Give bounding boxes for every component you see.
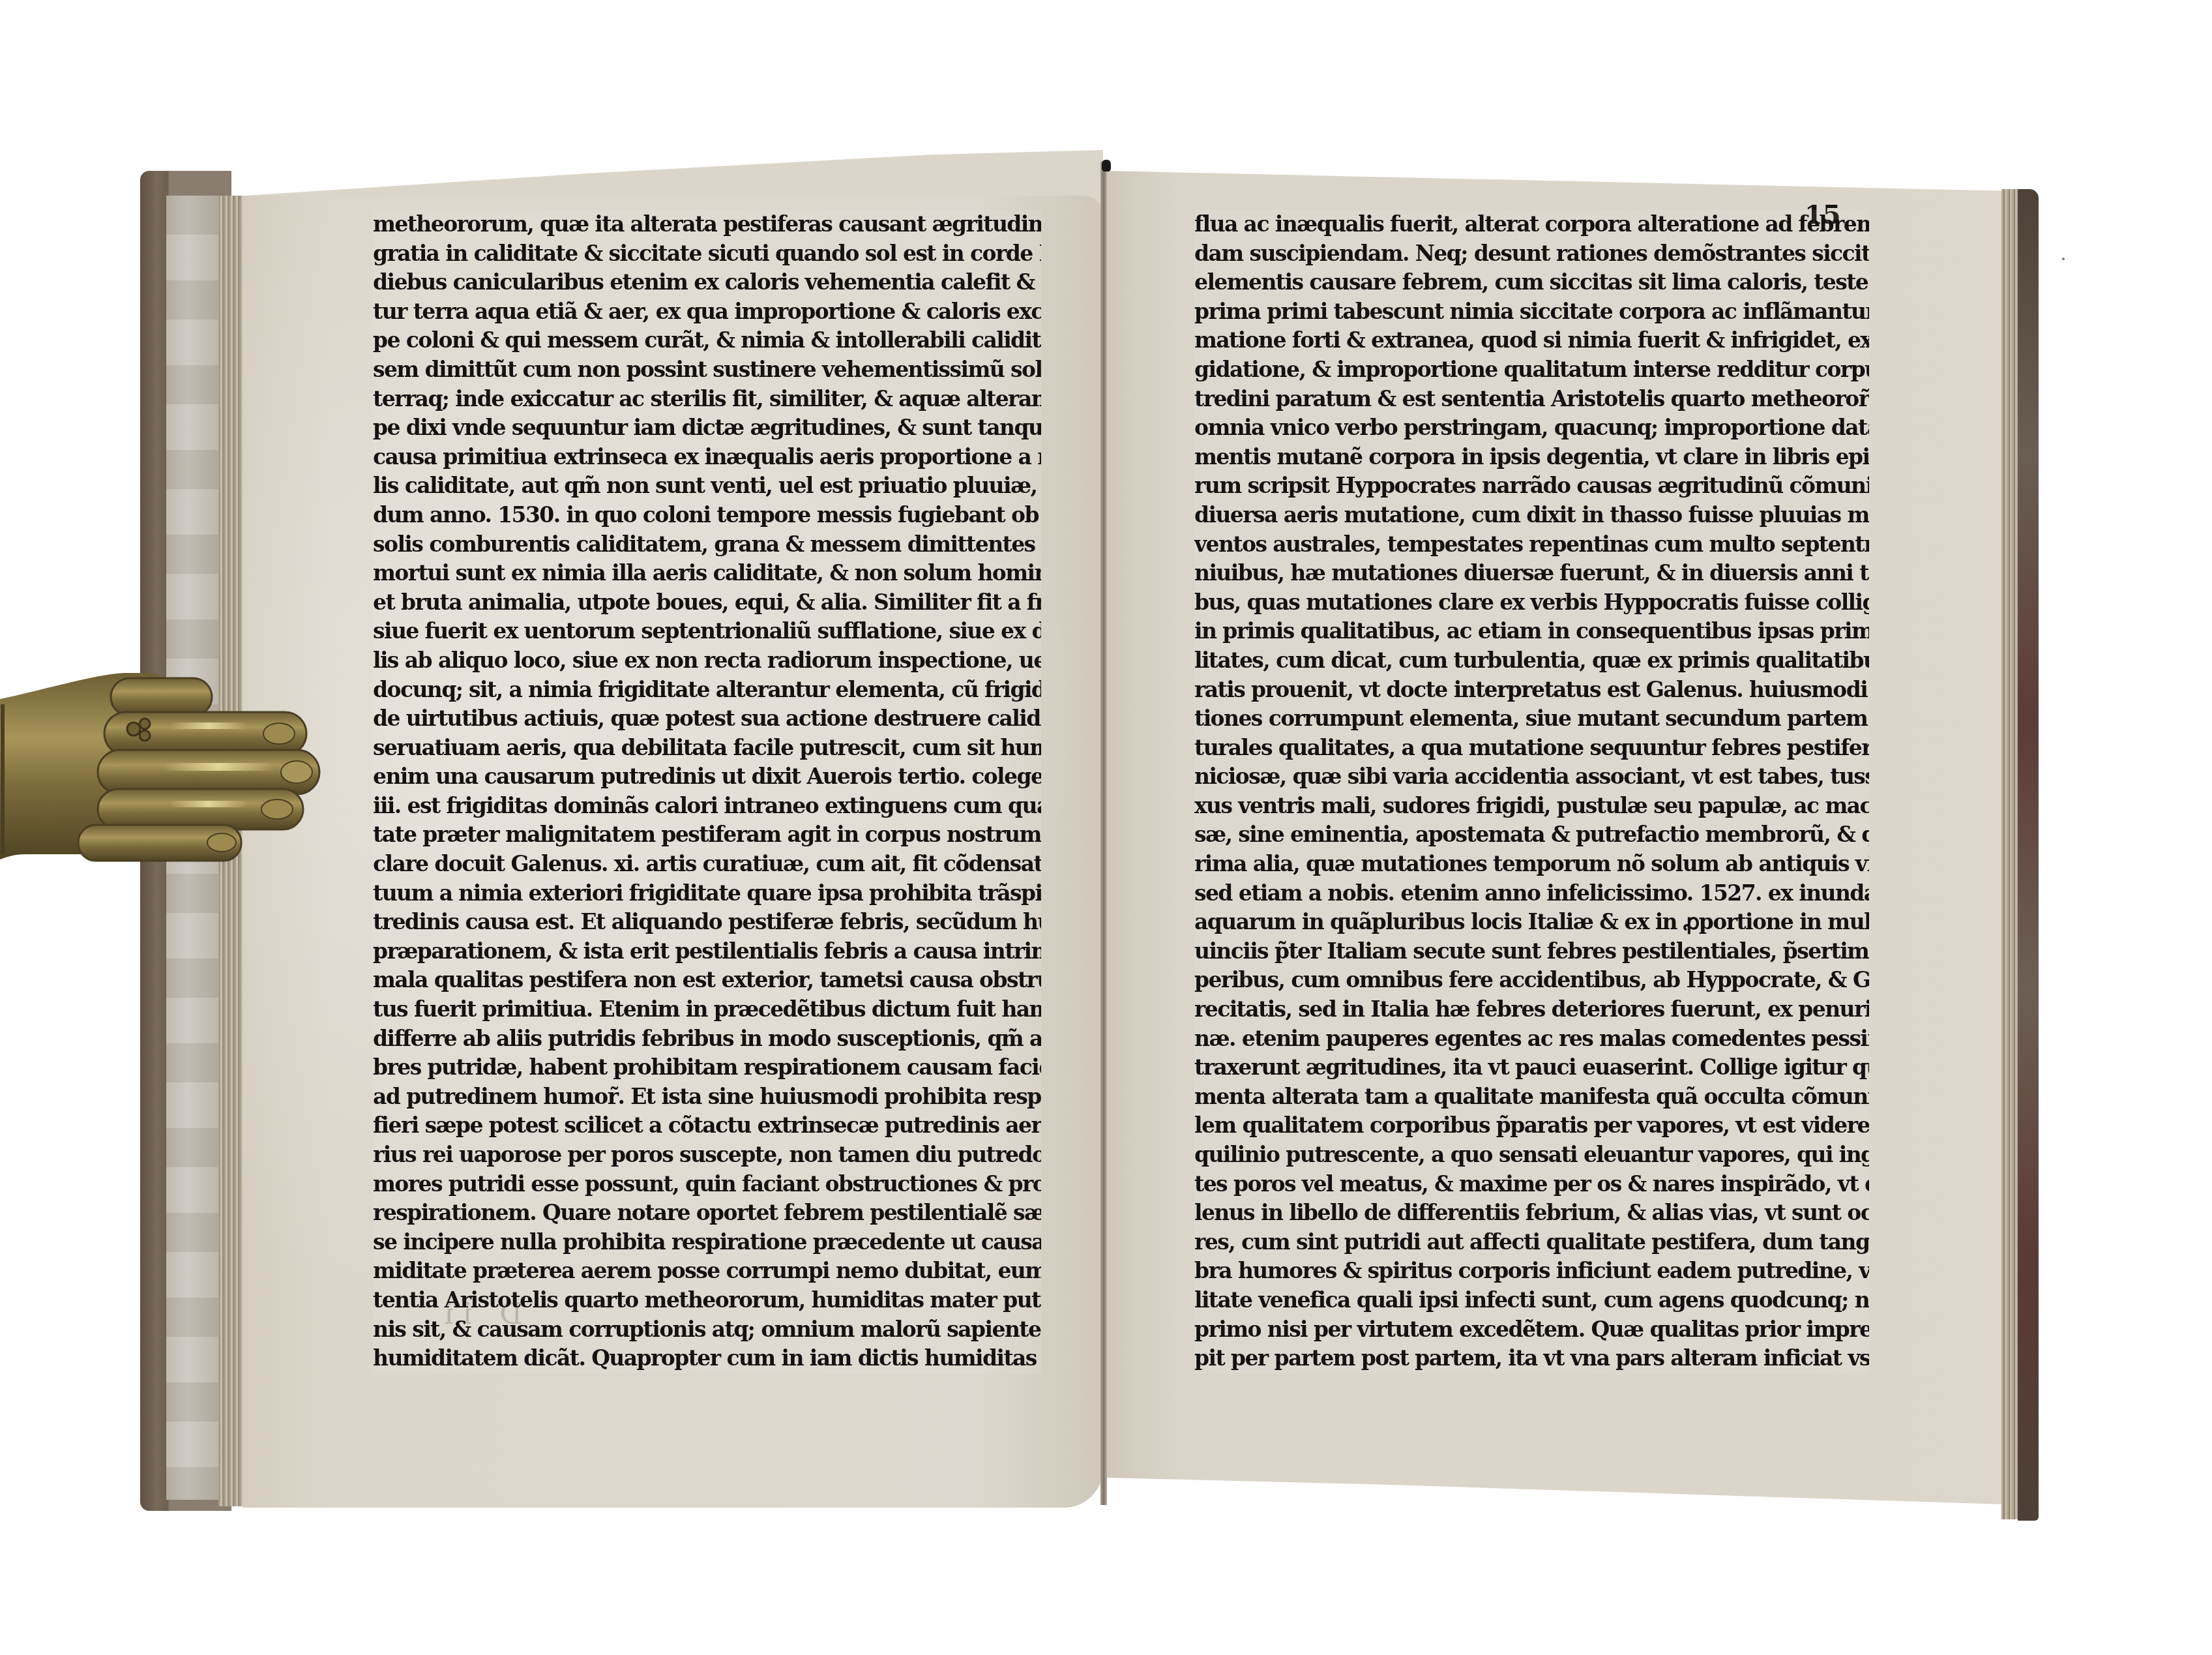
text-line: mala qualitas pestifera non est exterior… [373,966,1041,995]
text-line: fieri sæpe potest scilicet a cõtactu ext… [373,1111,1041,1141]
dust-speck [2062,258,2065,260]
brass-hand-page-weight-icon [0,659,359,867]
text-line: differre ab aliis putridis febribus in m… [373,1024,1041,1054]
text-line: næ. etenim pauperes egentes ac res malas… [1194,1024,1869,1054]
text-line: respirationem. Quare notare oportet febr… [373,1199,1041,1228]
text-line: pe coloni & qui messem curãt, & nimia & … [373,326,1041,355]
text-line: litate venefica quali ipsi infecti sunt,… [1194,1286,1869,1315]
text-line: rum scripsit Hyppocrates narrãdo causas … [1194,471,1869,501]
text-line: dam suscipiendam. Neq; desunt rationes d… [1194,239,1869,269]
text-line: et bruta animalia, utpote boues, equi, &… [373,588,1041,618]
text-line: lis caliditate, aut qm̃ non sunt venti, … [373,471,1041,501]
text-line: tredini paratum & est sententia Aristote… [1194,385,1869,414]
text-line: quilinio putrescente, a quo sensati eleu… [1194,1141,1869,1170]
text-line: turales qualitates, a qua mutatione sequ… [1194,734,1869,763]
text-line: pit per partem post partem, ita vt vna p… [1194,1344,1869,1373]
text-line: bres putridæ, habent prohibitam respirat… [373,1053,1041,1082]
text-line: rius rei uaporose per poros suscepte, no… [373,1141,1041,1170]
text-line: matione forti & extranea, quod si nimia … [1194,326,1869,355]
text-line: prima primi tabescunt nimia siccitate co… [1194,297,1869,327]
text-line: lenus in libello de differentiis febrium… [1194,1199,1869,1228]
text-line: lem qualitatem corporibus p̃paratis per … [1194,1111,1869,1141]
text-line: elementis causare febrem, cum siccitas s… [1194,268,1869,297]
text-line: menta alterata tam a qualitate manifesta… [1194,1082,1869,1112]
text-line: diuersa aeris mutatione, cum dixit in th… [1194,501,1869,530]
text-line: res, cum sint putridi aut affecti qualit… [1194,1228,1869,1257]
text-line: in primis qualitatibus, ac etiam in cons… [1194,617,1869,646]
text-line: tes poros vel meatus, & maxime per os & … [1194,1170,1869,1199]
left-page-text: metheororum, quæ ita alterata pestiferas… [373,210,1041,1373]
text-line: bra humores & spiritus corporis inficiun… [1194,1257,1869,1286]
text-line: solis comburentis caliditatem, grana & m… [373,530,1041,559]
text-line: docunq; sit, a nimia frigiditate alteran… [373,676,1041,705]
text-line: seruatiuam aeris, qua debilitata facile … [373,734,1041,763]
text-line: gratia in caliditate & siccitate sicuti … [373,239,1041,269]
text-line: rima alia, quæ mutationes temporum nõ so… [1194,850,1869,879]
text-line: xus ventris mali, sudores frigidi, pustu… [1194,792,1869,821]
text-line: præparationem, & ista erit pestilentiali… [373,937,1041,966]
text-line: litates, cum dicat, cum turbulentia, quæ… [1194,646,1869,676]
text-line: siue fuerit ex uentorum septentrionaliũ … [373,617,1041,646]
text-line: recitatis, sed in Italia hæ febres deter… [1194,995,1869,1024]
text-line: causa primitiua extrinseca ex inæqualis … [373,443,1041,472]
text-line: diebus canicularibus etenim ex caloris v… [373,268,1041,297]
text-line: tredinis causa est. Et aliquando pestife… [373,908,1041,937]
text-line: traxerunt ægritudines, ita vt pauci euas… [1194,1053,1869,1082]
text-line: bus, quas mutationes clare ex verbis Hyp… [1194,588,1869,618]
headband [1102,160,1111,171]
text-line: tus fuerit primitiua. Etenim in præcedẽt… [373,995,1041,1024]
text-line: primo nisi per virtutem excedẽtem. Quæ q… [1194,1315,1869,1345]
text-line: tentia Aristotelis quarto metheororum, h… [373,1286,1041,1315]
text-line: ad putredinem humor̃. Et ista sine huius… [373,1082,1041,1112]
book-cover-right [2018,189,2039,1521]
text-line: enim una causarum putredinis ut dixit Au… [373,762,1041,792]
text-line: sed etiam a nobis. etenim anno infelicis… [1194,879,1869,908]
text-line: peribus, cum omnibus fere accidentibus, … [1194,966,1869,995]
text-line: clare docuit Galenus. xi. artis curatiuæ… [373,850,1041,879]
text-line: terraq; inde exiccatur ac sterilis fit, … [373,385,1041,414]
right-page-text: flua ac inæqualis fuerit, alterat corpor… [1194,210,1869,1373]
text-line: metheororum, quæ ita alterata pestiferas… [373,210,1041,239]
text-line: mortui sunt ex nimia illa aeris calidita… [373,559,1041,588]
text-line: dum anno. 1530. in quo coloni tempore me… [373,501,1041,530]
text-line: nis sit, & causam corruptionis atq; omni… [373,1315,1041,1345]
text-line: miditate præterea aerem posse corrumpi n… [373,1257,1041,1286]
text-line: tiones corrumpunt elementa, siue mutant … [1194,704,1869,734]
text-line: se incipere nulla prohibita respiratione… [373,1228,1041,1257]
text-line: iii. est frigiditas dominãs calori intra… [373,792,1041,821]
text-line: flua ac inæqualis fuerit, alterat corpor… [1194,210,1869,239]
text-line: tuum a nimia exteriori frigiditate quare… [373,879,1041,908]
text-line: ratis prouenit, vt docte interpretatus e… [1194,676,1869,705]
text-line: aquarum in quãpluribus locis Italiæ & ex… [1194,908,1869,937]
text-line: de uirtutibus actiuis, quæ potest sua ac… [373,704,1041,734]
text-line: pe dixi vnde sequuntur iam dictæ ægritud… [373,413,1041,443]
text-line: sæ, sine eminentia, apostemata & putrefa… [1194,820,1869,850]
text-line: mores putridi esse possunt, quin faciant… [373,1170,1041,1199]
book-gutter [1100,162,1107,1505]
text-line: gidatione, & improportione qualitatum in… [1194,355,1869,385]
text-line: niciosæ, quæ sibi varia accidentia assoc… [1194,762,1869,792]
text-line: lis ab aliquo loco, siue ex non recta ra… [373,646,1041,676]
text-line: ventos australes, tempestates repentinas… [1194,530,1869,559]
text-line: uinciis p̃ter Italiam secute sunt febres… [1194,937,1869,966]
text-line: tur terra aqua etiã & aer, ex qua improp… [373,297,1041,327]
text-line: niuibus, hæ mutationes diuersæ fuerunt, … [1194,559,1869,588]
page-edges-right [2001,189,2020,1519]
text-line: mentis mutanẽ corpora in ipsis degentia,… [1194,443,1869,472]
text-line: humiditatem dicãt. Quapropter cum in iam… [373,1344,1041,1373]
text-line: tate præter malignitatem pestiferam agit… [373,820,1041,850]
text-line: sem dimittũt cum non possint sustinere v… [373,355,1041,385]
text-line: omnia vnico verbo perstringam, quacunq; … [1194,413,1869,443]
